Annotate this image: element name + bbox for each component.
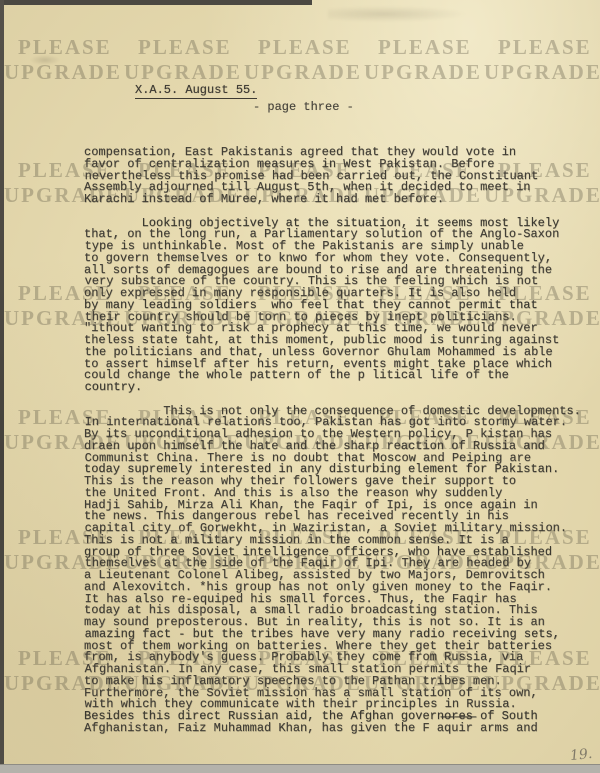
watermark-upgrade-text: UPGRADE [244,62,362,83]
text-line: Afghanistan. In any case, this small sta… [85,664,590,676]
scan-edge-top [0,0,312,5]
watermark-upgrade-text: UPGRADE [484,62,600,83]
text-line: In international relations too, Pakistan… [85,417,590,429]
scanned-document-page: PLEASEUPGRADEPLEASEUPGRADEPLEASEUPGRADEP… [0,0,600,773]
text-line: Afghanistan, Faiz Muhammad Khan, has giv… [84,723,589,735]
text-line: It has also re-equiped his small forces.… [85,594,590,606]
watermark-please-text: PLEASE [258,37,352,58]
text-line: themselves at the side of the Faqir of I… [85,558,590,570]
scan-edge-bottom [0,764,600,773]
text-line: capital city of Gorwekht, in Waziristan,… [85,523,590,535]
handwritten-page-number: 19. [569,746,593,764]
text-line: the United Front. And this is also the r… [85,488,590,500]
watermark-upgrade-text: UPGRADE [124,62,242,83]
scan-smudge [328,6,468,22]
text-line: country. [85,382,590,394]
text-line: nevertheless this promise had been carri… [85,171,590,183]
pencil-mark [30,55,60,65]
text-line: could change the whole pattern of the p … [84,370,589,382]
watermark-please-text: PLEASE [378,37,472,58]
document-reference: X.A.5. August 55. [135,83,257,99]
blank-line [85,206,590,218]
document-body: compensation, East Pakistanis agreed tha… [84,147,589,735]
watermark-please-text: PLEASE [138,37,232,58]
watermark-upgrade-text: UPGRADE [4,62,122,83]
text-line: the politicians and that, unless Governo… [85,347,590,359]
text-line: amazing fact - but the tribes have very … [85,629,590,641]
text-line: type is unthinkable. Most of the Pakista… [85,241,590,253]
watermark-upgrade-text: UPGRADE [364,62,482,83]
text-line: Communist China. There is no doubt that … [85,453,590,465]
watermark-please-text: PLEASE [498,37,592,58]
scan-edge-left [0,0,4,766]
text-line: their country should be torn to pieces b… [85,312,590,324]
text-line: with which they communicate with their p… [85,699,590,711]
page-label: - page three - [253,100,354,114]
text-line: very substance of the country. This is t… [85,276,590,288]
text-line: Karachi instead of Muree, where it had m… [84,194,589,206]
